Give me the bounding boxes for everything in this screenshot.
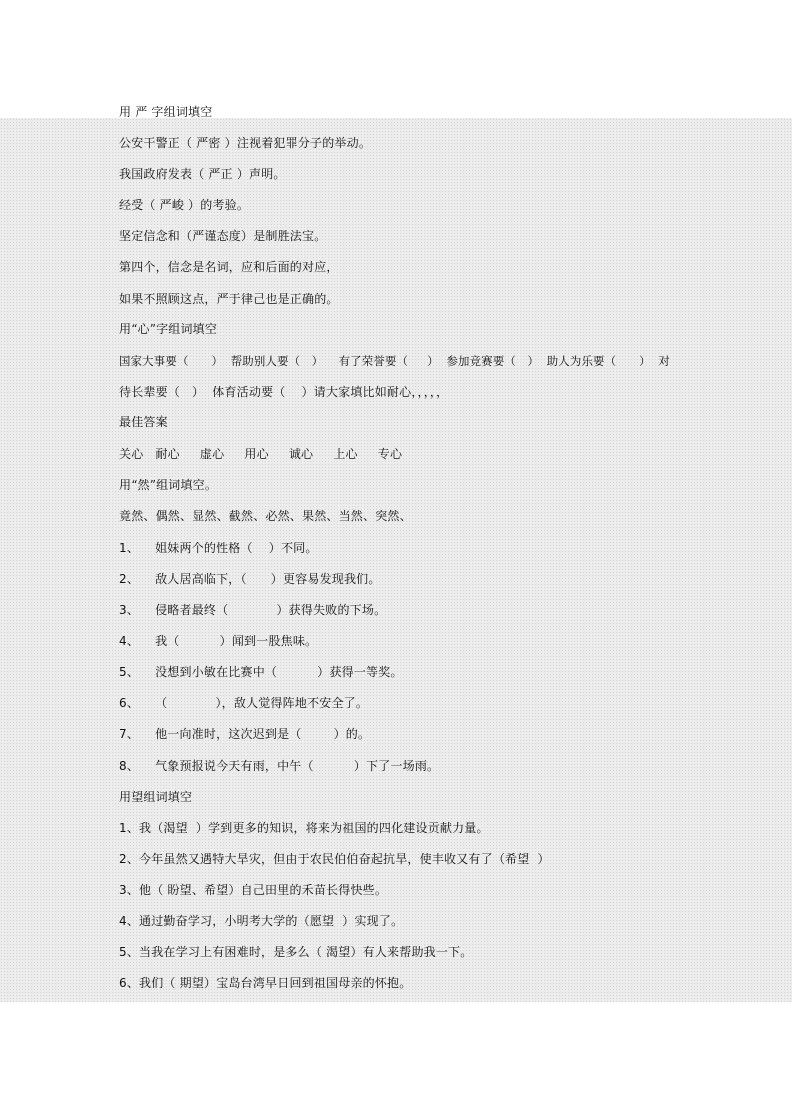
text-line: 第四个，信念是名词，应和后面的对应， (119, 259, 339, 275)
exercise-item: 4、 我（ ）闻到一股焦味。 (119, 633, 317, 649)
exercise-item: 4、通过勤奋学习，小明考大学的（愿望 ）实现了。 (119, 913, 403, 929)
exercise-item: 5、 没想到小敏在比赛中（ ）获得一等奖。 (119, 664, 403, 680)
answer-label: 最佳答案 (119, 414, 168, 430)
text-line: 待长辈要（ ） 体育活动要（ ）请大家填比如耐心，，，，， (119, 384, 448, 400)
exercise-item: 1、我（渴望 ）学到更多的知识，将来为祖国的四化建设贡献力量。 (119, 820, 489, 836)
text-line: 坚定信念和（严谨态度）是制胜法宝。 (119, 228, 326, 244)
text-line: 我国政府发表（ 严正 ）声明。 (119, 166, 286, 182)
text-line: 公安干警正（ 严密 ）注视着犯罪分子的举动。 (119, 135, 371, 151)
exercise-item: 2、 敌人居高临下，（ ）更容易发现我们。 (119, 571, 381, 587)
text-line: 经受（ 严峻 ）的考验。 (119, 197, 249, 213)
exercise-item: 5、当我在学习上有困难时，是多么（ 渴望）有人来帮助我一下。 (119, 944, 472, 960)
section-title-wang: 用望组词填空 (119, 789, 192, 805)
exercise-item: 7、 他一向准时，这次迟到是（ ）的。 (119, 726, 370, 742)
exercise-item: 2、今年虽然又遇特大旱灾，但由于农民伯伯奋起抗旱，使丰收又有了（希望 ） (119, 851, 550, 867)
exercise-item: 8、 气象预报说今天有雨，中午（ ）下了一场雨。 (119, 758, 439, 774)
text-line: 如果不照顾这点，严于律己也是正确的。 (119, 291, 339, 307)
answer-list: 关心 耐心 虚心 用心 诚心 上心 专心 (119, 446, 402, 462)
exercise-item: 6、 （ ），敌人觉得阵地不安全了。 (119, 695, 368, 711)
text-line: 国家大事要（ ） 帮助别人要（ ） 有了荣誉要（ ） 参加竞赛要（ ） 助人为乐… (119, 353, 670, 369)
section-title-ran: 用“然”组词填空。 (119, 477, 217, 493)
document-page: 用 严 字组词填空 公安干警正（ 严密 ）注视着犯罪分子的举动。 我国政府发表（… (0, 0, 792, 1120)
section-title-yan: 用 严 字组词填空 (119, 104, 212, 120)
exercise-item: 3、 侵略者最终（ ）获得失败的下场。 (119, 602, 386, 618)
exercise-item: 6、我们（ 期望）宝岛台湾早日回到祖国母亲的怀抱。 (119, 975, 411, 991)
exercise-item: 3、他（ 盼望、希望）自己田里的禾苗长得快些。 (119, 882, 387, 898)
exercise-item: 1、 姐妹两个的性格（ ）不同。 (119, 540, 318, 556)
word-bank: 竟然、偶然、显然、截然、必然、果然、当然、突然、 (119, 508, 412, 524)
section-title-xin: 用“心”字组词填空 (119, 321, 217, 337)
